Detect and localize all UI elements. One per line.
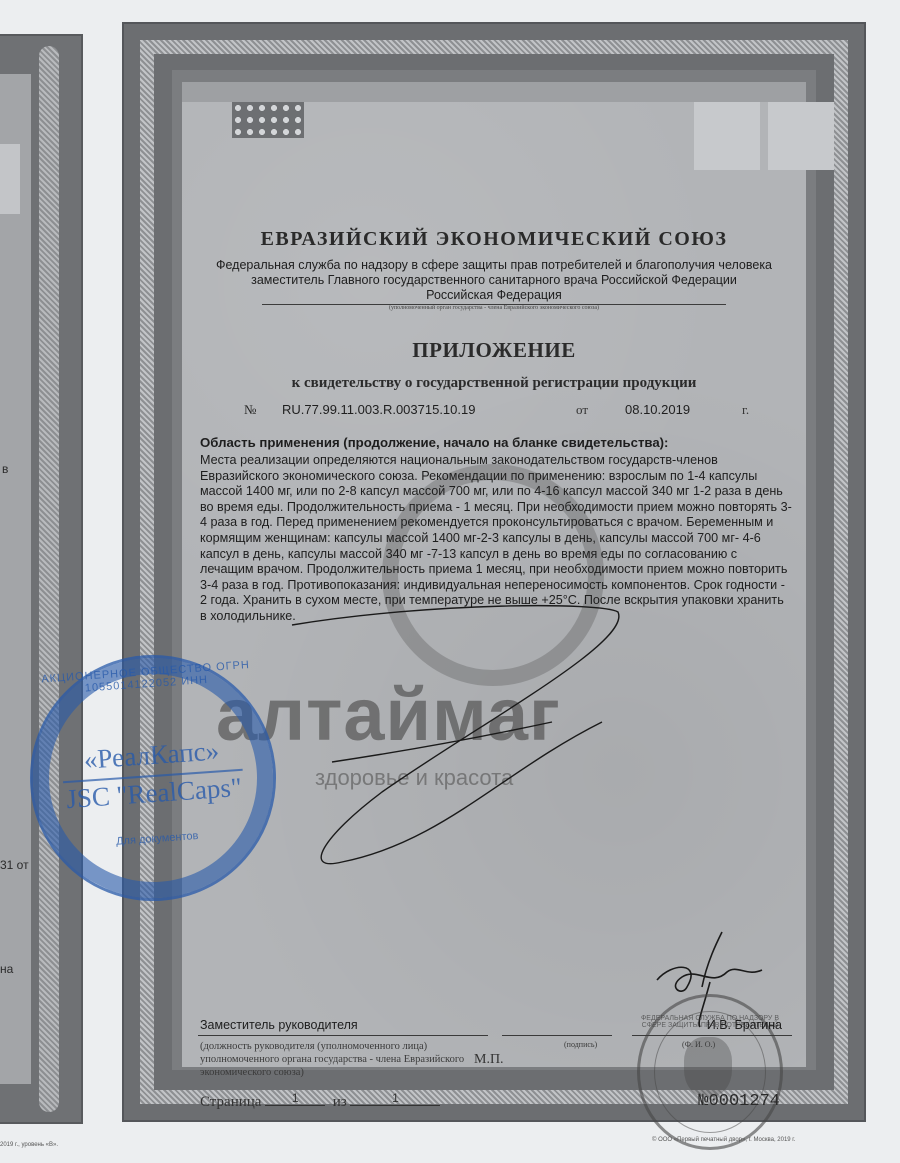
certificate-paper: ЕВРАЗИЙСКИЙ ЭКОНОМИЧЕСКИЙ СОЮЗ Федеральн… [182, 82, 806, 1067]
signatory-name: И.В. Брагина [707, 1018, 782, 1032]
adjacent-certificate-edge [0, 34, 83, 1124]
page-number: 1 [265, 1091, 325, 1106]
adjacent-certificate-paper [0, 74, 31, 1084]
divider [502, 1035, 612, 1036]
adjacent-text-fragment: 31 от [0, 858, 29, 872]
name-caption: (Ф. И. О.) [682, 1040, 715, 1049]
signatory-position: Заместитель руководителя [200, 1018, 358, 1032]
form-number: №0001274 [698, 1092, 780, 1111]
handwritten-mark-icon [182, 82, 806, 1067]
signature-caption: (подпись) [564, 1040, 597, 1049]
divider [198, 1035, 488, 1036]
divider [632, 1035, 792, 1036]
position-caption: (должность руководителя (уполномоченного… [200, 1040, 480, 1079]
certificate-appendix: ЕВРАЗИЙСКИЙ ЭКОНОМИЧЕСКИЙ СОЮЗ Федеральн… [122, 22, 866, 1122]
page-total: 1 [350, 1091, 440, 1106]
stamp-bottom-text: Для документов [37, 824, 277, 853]
printer-note-right: © ООО «Первый печатный двор», г. Москва,… [652, 1137, 795, 1143]
printer-note-left: 2019 г., уровень «В». [0, 1142, 58, 1148]
page-label: Страница [200, 1094, 261, 1110]
adjacent-certificate-border [39, 46, 59, 1112]
pagination: Страница 1 из 1 [200, 1094, 440, 1111]
of-label: из [333, 1094, 347, 1110]
adjacent-text-fragment: в [2, 462, 8, 476]
adjacent-text-fragment: на [0, 962, 13, 976]
